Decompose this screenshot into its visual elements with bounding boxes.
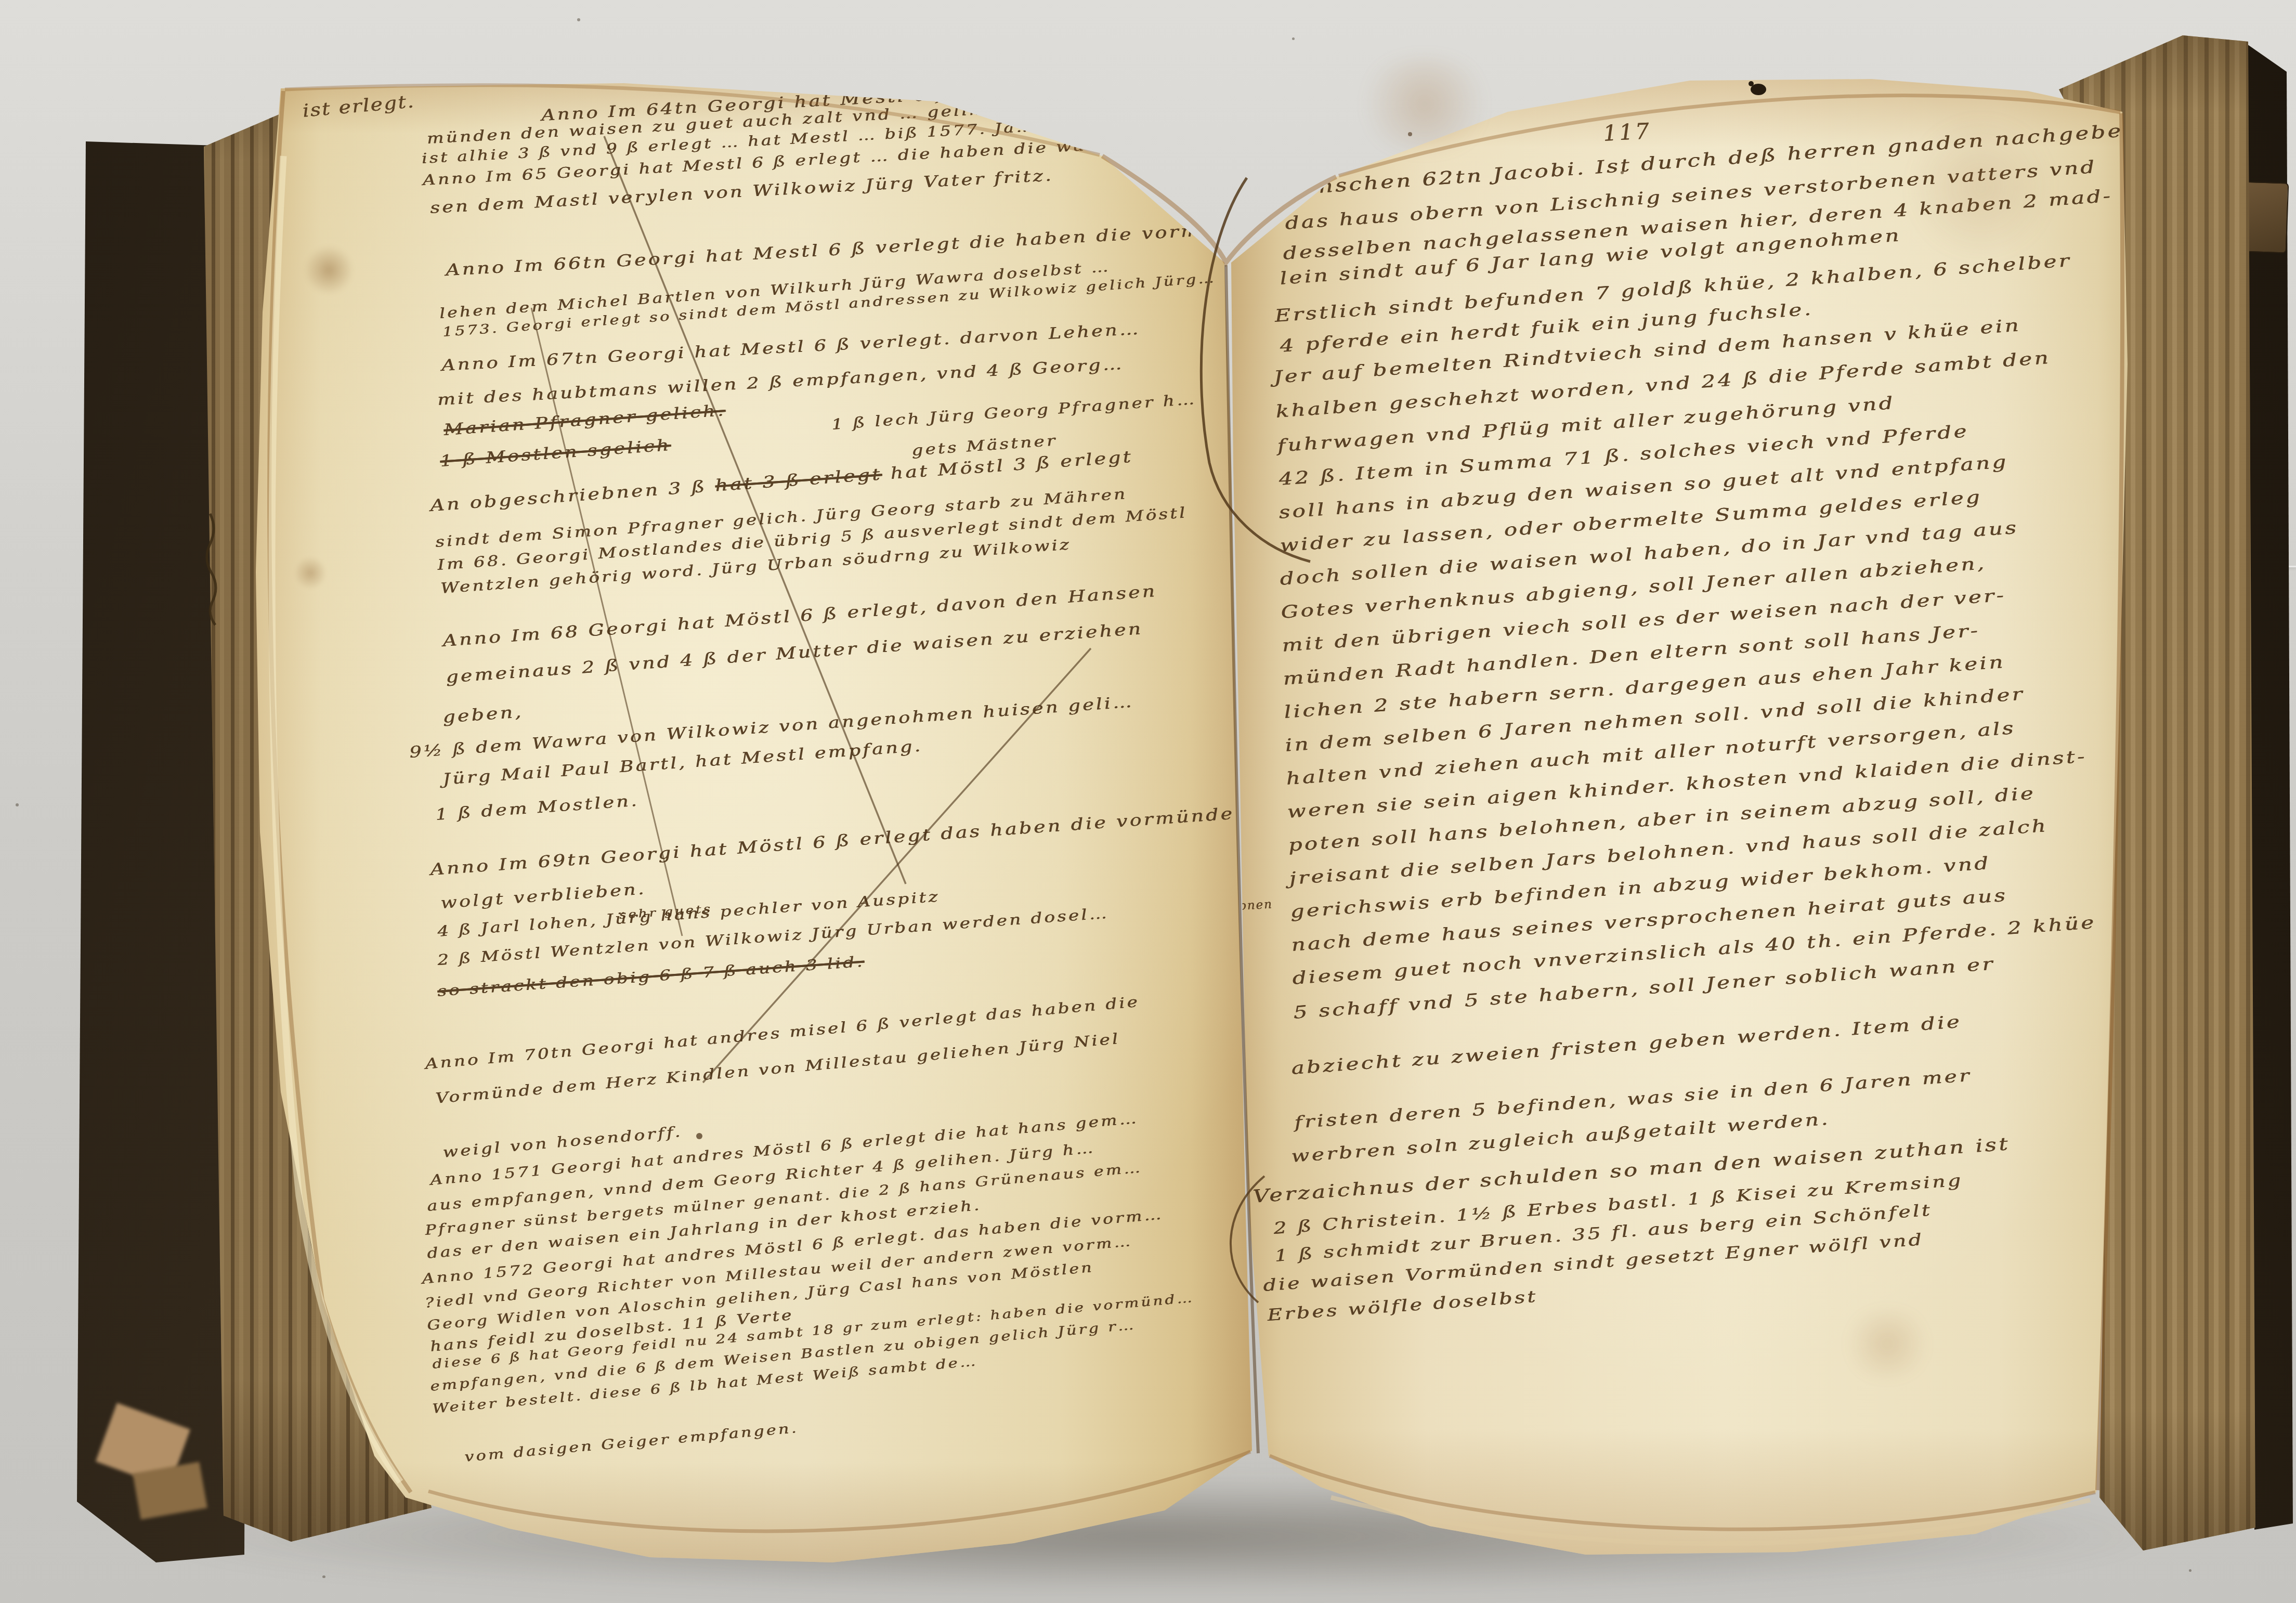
dust-speck bbox=[577, 18, 580, 21]
left-margin-note: ist erlegt. bbox=[302, 91, 415, 122]
manuscript-line: 1 ß lech Jürg Georg Pfragner h… bbox=[831, 390, 1197, 433]
manuscript-line: Marian Pfragner gelich. bbox=[443, 401, 726, 439]
manuscript-line: abziecht zu zweien fristen geben werden.… bbox=[1290, 1011, 1962, 1078]
ink-dot bbox=[1408, 132, 1412, 136]
manuscript-line: Anno Im 66tn Georgi hat Mestl 6 ß verleg… bbox=[445, 217, 1275, 280]
manuscript-line: 1 ß Mostlen sgelich bbox=[439, 436, 671, 471]
left-manuscript-page: ist erlegt. Anno Im 64tn Georgi hat Mest… bbox=[250, 73, 1261, 1583]
right-manuscript-page: 117 die Vnterthonen Hanschen 62tn Jacobi… bbox=[1227, 73, 2134, 1562]
manuscript-line: geben, bbox=[442, 702, 524, 727]
dust-speck bbox=[16, 803, 19, 806]
dust-speck bbox=[2189, 1569, 2191, 1572]
manuscript-line: vom dasigen Geiger empfangen. bbox=[464, 1420, 799, 1465]
dust-speck bbox=[1292, 37, 1295, 40]
page-number: 117 bbox=[1602, 118, 1652, 146]
manuscript-line: Erbes wölfle doselbst bbox=[1267, 1287, 1538, 1325]
dust-speck bbox=[322, 1575, 325, 1578]
photograph-of-open-manuscript-book: ist erlegt. Anno Im 64tn Georgi hat Mest… bbox=[0, 0, 2296, 1603]
manuscript-line: 1 ß dem Mostlen. bbox=[435, 792, 640, 824]
manuscript-line: wolgt verblieben. bbox=[440, 880, 647, 913]
